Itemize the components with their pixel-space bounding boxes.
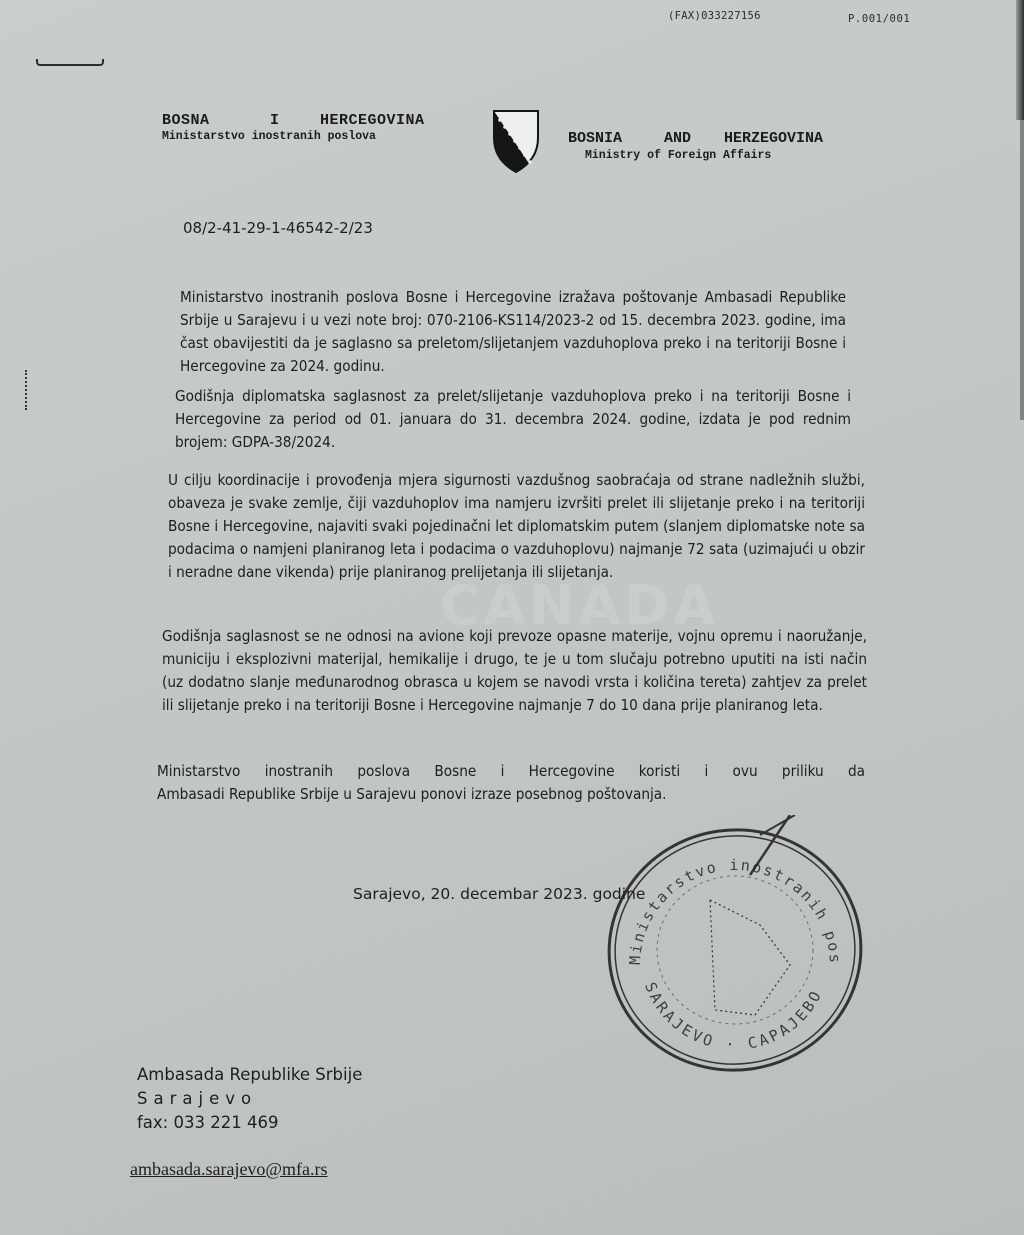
staple-mark: [36, 59, 104, 66]
closing-line-2: Ambasadi Republike Srbije u Sarajevu pon…: [157, 785, 667, 803]
closing-line-1: Ministarstvo inostranih poslova Bosne i …: [157, 760, 865, 783]
page-edge-shadow: [1020, 120, 1024, 420]
recipient-name: Ambasada Republike Srbije: [137, 1063, 362, 1087]
document-page: (FAX)033227156 P.001/001 BOSNA I HERCEGO…: [0, 0, 1024, 1235]
paragraph-closing: Ministarstvo inostranih poslova Bosne i …: [157, 760, 865, 806]
margin-mark: [25, 370, 29, 410]
letterhead-country-en: BOSNIA AND HERZEGOVINA: [568, 130, 823, 147]
stamp-text: Ministarstvo inostranih poslova · Минист…: [600, 815, 844, 965]
stamp-city: SARAJEVO · САРАЈЕВО: [641, 980, 826, 1054]
official-stamp-icon: Ministarstvo inostranih poslova · Минист…: [600, 815, 870, 1085]
recipient-fax: fax: 033 221 469: [137, 1111, 362, 1135]
paragraph-annual-approval: Godišnja diplomatska saglasnost za prele…: [175, 385, 851, 454]
recipient-city: Sarajevo: [137, 1087, 362, 1111]
letterhead-right: BOSNIA AND HERZEGOVINA Ministry of Forei…: [568, 130, 823, 162]
reference-number: 08/2-41-29-1-46542-2/23: [183, 219, 373, 237]
letterhead-country-bs: BOSNA I HERCEGOVINA: [162, 112, 425, 129]
watermark: CANADA: [440, 574, 719, 637]
paragraph-intro: Ministarstvo inostranih poslova Bosne i …: [180, 286, 846, 378]
recipient-address: Ambasada Republike Srbije Sarajevo fax: …: [137, 1063, 362, 1135]
svg-text:Ministarstvo inostranih poslov: Ministarstvo inostranih poslova · Минист…: [600, 815, 844, 965]
letterhead-ministry-en: Ministry of Foreign Affairs: [585, 149, 823, 162]
letterhead-left: BOSNA I HERCEGOVINA Ministarstvo inostra…: [162, 112, 425, 143]
svg-text:SARAJEVO · САРАЈЕВО: SARAJEVO · САРАЈЕВО: [641, 980, 826, 1054]
page-number: P.001/001: [848, 13, 910, 25]
page-edge-shadow: [1016, 0, 1024, 120]
letterhead-ministry-bs: Ministarstvo inostranih poslova: [162, 130, 425, 143]
fax-number: (FAX)033227156: [668, 10, 761, 22]
paragraph-coordination: U cilju koordinacije i provođenja mjera …: [168, 469, 865, 584]
recipient-email-link[interactable]: ambasada.sarajevo@mfa.rs: [130, 1159, 328, 1180]
paragraph-exceptions: Godišnja saglasnost se ne odnosi na avio…: [162, 625, 867, 717]
coat-of-arms-icon: [491, 108, 541, 174]
